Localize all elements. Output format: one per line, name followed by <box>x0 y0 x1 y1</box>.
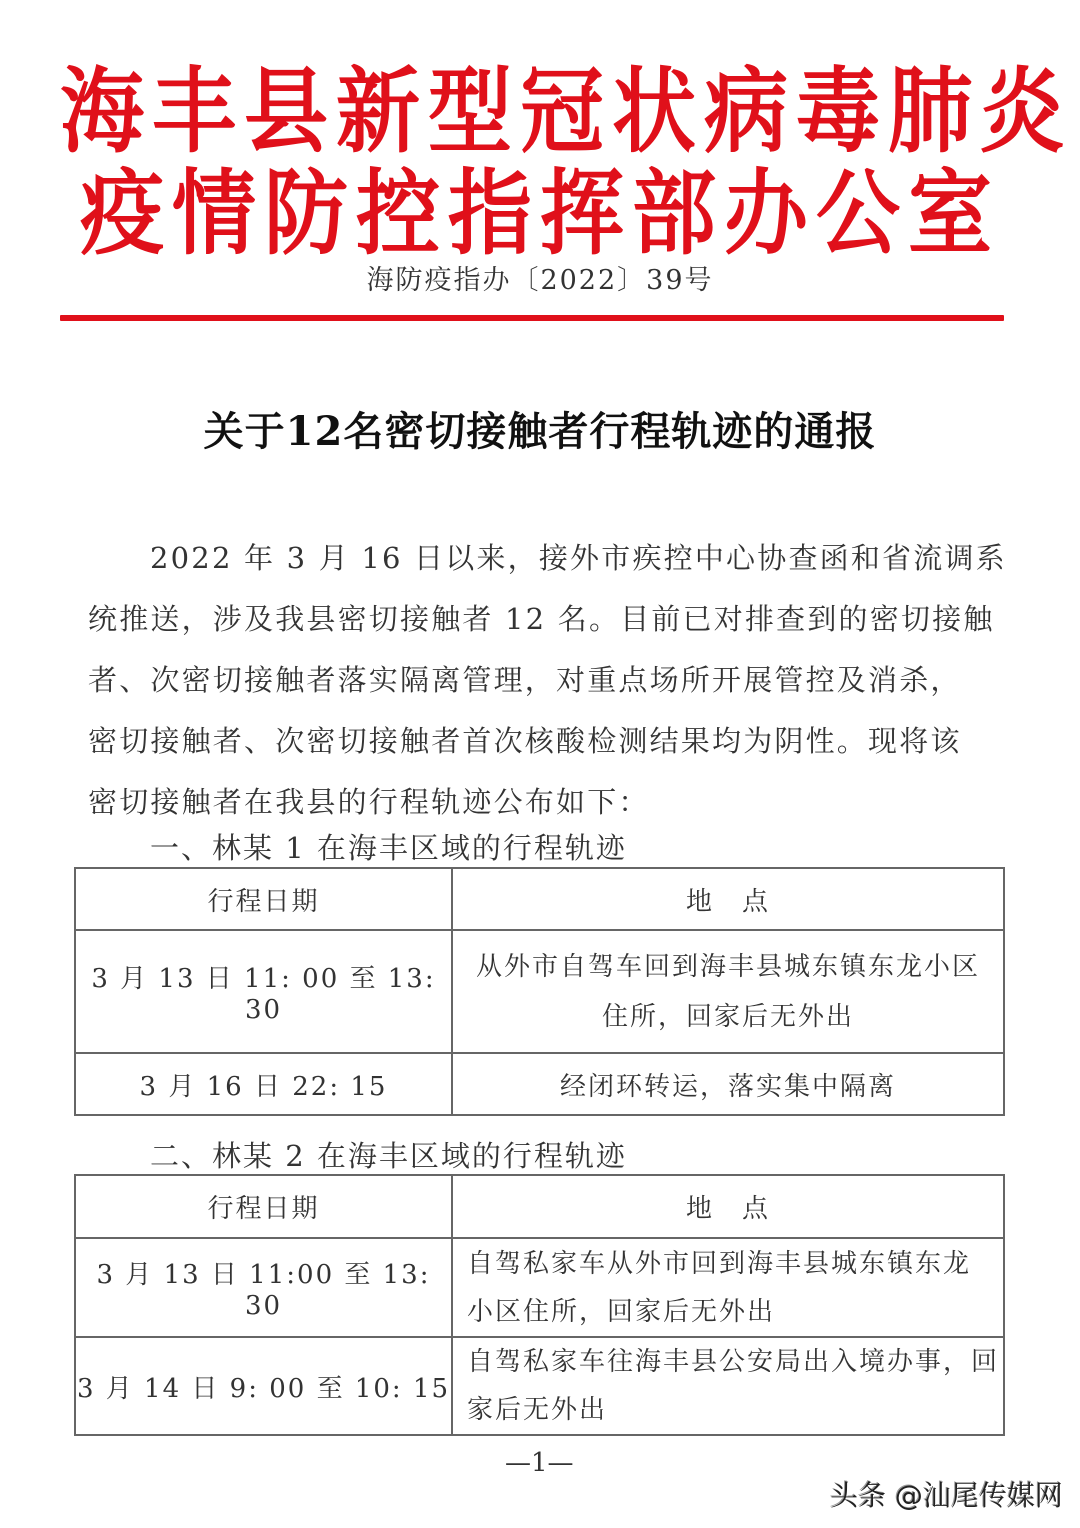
trip-date: 3 月 14 日 9: 00 至 10: 15 <box>75 1337 452 1435</box>
trip-place: 从外市自驾车回到海丰县城东镇东龙小区 住所，回家后无外出 <box>452 930 1004 1053</box>
trip-place-line: 家后无外出 <box>467 1386 1003 1434</box>
table-row: 3 月 13 日 11:00 至 13: 30 自驾私家车从外市回到海丰县城东镇… <box>75 1238 1004 1337</box>
trip-date: 3 月 16 日 22: 15 <box>75 1053 452 1115</box>
table-header-row: 行程日期 地 点 <box>75 1175 1004 1238</box>
section-heading-2: 二、林某 2 在海丰区域的行程轨迹 <box>150 1134 627 1175</box>
trip-place-line: 自驾私家车从外市回到海丰县城东镇东龙 <box>467 1240 1003 1288</box>
red-divider-line <box>60 315 1004 321</box>
column-header-date: 行程日期 <box>75 1175 452 1238</box>
table-row: 3 月 16 日 22: 15 经闭环转运，落实集中隔离 <box>75 1053 1004 1115</box>
body-line: 2022 年 3 月 16 日以来，接外市疾控中心协查函和省流调系 <box>88 528 1008 589</box>
trip-place-line: 自驾私家车往海丰县公安局出入境办事，回 <box>467 1338 1003 1386</box>
itinerary-table-2: 行程日期 地 点 3 月 13 日 11:00 至 13: 30 自驾私家车从外… <box>74 1174 1005 1436</box>
trip-place-line: 经闭环转运，落实集中隔离 <box>453 1066 1003 1103</box>
trip-place-line: 从外市自驾车回到海丰县城东镇东龙小区 <box>453 942 1003 992</box>
body-line: 密切接触者在我县的行程轨迹公布如下： <box>88 772 1008 833</box>
trip-place-line: 住所，回家后无外出 <box>453 992 1003 1042</box>
body-line: 者、次密切接触者落实隔离管理，对重点场所开展管控及消杀， <box>88 650 1008 711</box>
body-line: 统推送，涉及我县密切接触者 12 名。目前已对排查到的密切接触 <box>88 589 1008 650</box>
trip-place: 自驾私家车往海丰县公安局出入境办事，回 家后无外出 <box>452 1337 1004 1435</box>
body-line: 密切接触者、次密切接触者首次核酸检测结果均为阴性。现将该 <box>88 711 1008 772</box>
table-header-row: 行程日期 地 点 <box>75 868 1004 930</box>
trip-date: 3 月 13 日 11: 00 至 13: 30 <box>75 930 452 1053</box>
document-title: 关于12名密切接触者行程轨迹的通报 <box>0 400 1080 457</box>
trip-place: 自驾私家车从外市回到海丰县城东镇东龙 小区住所，回家后无外出 <box>452 1238 1004 1337</box>
table-row: 3 月 14 日 9: 00 至 10: 15 自驾私家车往海丰县公安局出入境办… <box>75 1337 1004 1435</box>
column-header-date: 行程日期 <box>75 868 452 930</box>
source-watermark: 头条 @汕尾传媒网 <box>830 1474 1063 1514</box>
section-heading-1: 一、林某 1 在海丰区域的行程轨迹 <box>150 826 627 867</box>
issuing-office-title-line-2: 疫情防控指挥部办公室 <box>60 140 1020 273</box>
column-header-place: 地 点 <box>452 1175 1004 1238</box>
itinerary-table-1: 行程日期 地 点 3 月 13 日 11: 00 至 13: 30 从外市自驾车… <box>74 867 1005 1116</box>
table-row: 3 月 13 日 11: 00 至 13: 30 从外市自驾车回到海丰县城东镇东… <box>75 930 1004 1053</box>
body-paragraph: 2022 年 3 月 16 日以来，接外市疾控中心协查函和省流调系 统推送，涉及… <box>88 528 1008 833</box>
trip-place-line: 小区住所，回家后无外出 <box>467 1288 1003 1336</box>
trip-place: 经闭环转运，落实集中隔离 <box>452 1053 1004 1115</box>
column-header-place: 地 点 <box>452 868 1004 930</box>
trip-date: 3 月 13 日 11:00 至 13: 30 <box>75 1238 452 1337</box>
page-number: —1— <box>505 1448 574 1478</box>
document-number: 海防疫指办〔2022〕39号 <box>0 258 1080 297</box>
